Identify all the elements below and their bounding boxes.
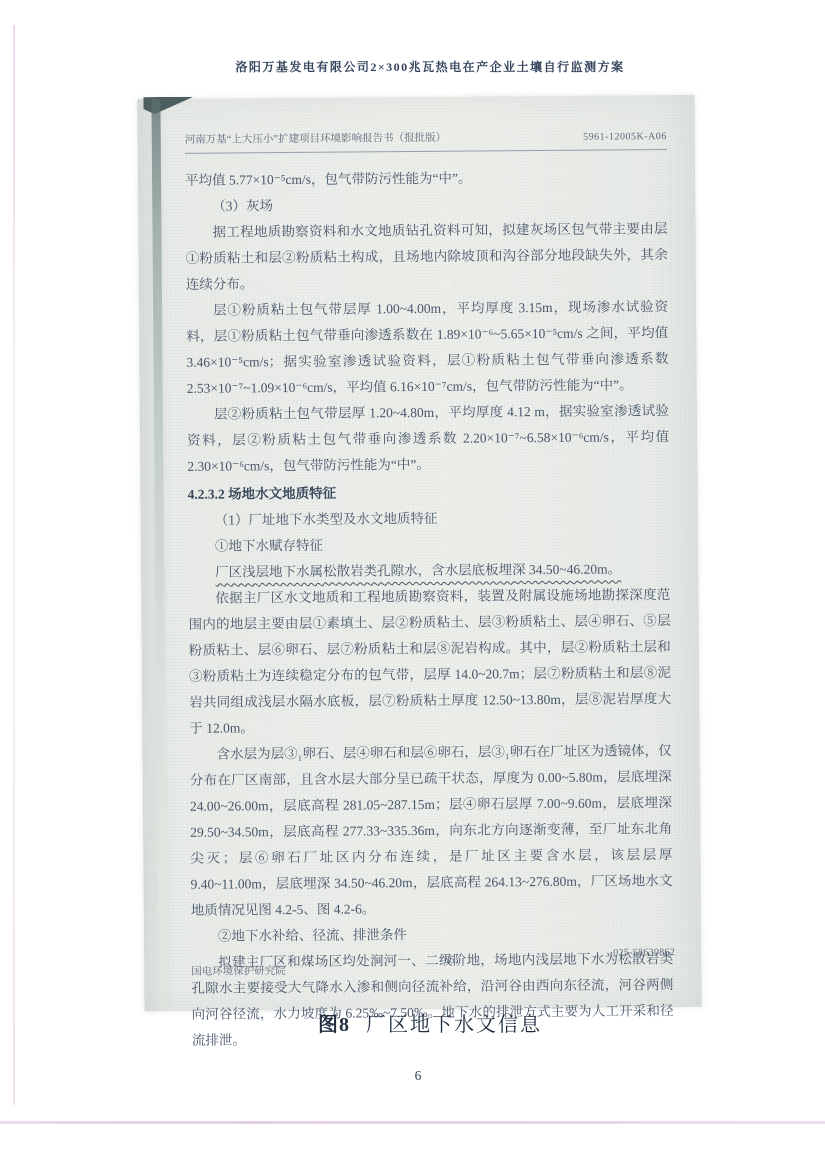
scan-footer-phone: 025-58630862 (613, 947, 675, 958)
paragraph: （1）厂址地下水类型及水文地质特征 (188, 504, 670, 534)
paragraph: 层②粉质粘土包气带层厚 1.20~4.80m，平均厚度 4.12 m，据实验室渗… (187, 398, 670, 480)
paragraph: 含水层为层③₁卵石、层④卵石和层⑥卵石，层③₁卵石在厂址区为透镜体，仅分布在厂区… (189, 738, 672, 924)
scan-footer-page-number: 65 (444, 955, 455, 966)
scanned-document-page: { "page": { "header_title": "洛阳万基发电有限公司2… (0, 0, 825, 1166)
scan-footer-institute: 国电环境保护研究院 (191, 963, 286, 979)
page-title: 洛阳万基发电有限公司2×300兆瓦热电在产企业土壤自行监测方案 (0, 58, 825, 75)
scan-page-content: 河南万基“上大压小”扩建项目环境影响报告书（报批版） 5961-12005K-A… (185, 129, 674, 993)
paragraph: （3）灰场 (185, 190, 667, 220)
scan-header-title: 河南万基“上大压小”扩建项目环境影响报告书（报批版） (185, 131, 446, 149)
paragraph: 据工程地质勘察资料和水文地质钻孔资料可知，拟建灰场区包气带主要由层①粉质粘土和层… (185, 216, 668, 298)
paragraph: ①地下水赋存特征 (188, 530, 670, 560)
scan-header-doc-number: 5961-12005K-A06 (583, 129, 667, 146)
scan-body-text: 平均值 5.77×10⁻⁵cm/s，包气带防污性能为“中”。 （3）灰场 据工程… (185, 164, 674, 1054)
figure-caption-text: 厂区地下水文信息 (366, 1014, 542, 1036)
figure-caption-number: 图8 (318, 1014, 350, 1036)
page-left-edge-artifact (13, 25, 15, 1105)
underlined-key-sentence: 厂区浅层地下水属松散岩类孔隙水，含水层底板埋深 34.50~46.20m。 (188, 556, 670, 586)
paragraph: 依据主厂区水文地质和工程地质勘察资料，装置及附属设施场地勘探深度范围内的地层主要… (188, 582, 671, 742)
hand-drawn-underline-text: 厂区浅层地下水属松散岩类孔隙水，含水层底板埋深 34.50~46.20m。 (215, 561, 621, 579)
paragraph: 层①粉质粘土包气带层厚 1.00~4.00m，平均厚度 3.15m，现场渗水试验… (186, 294, 669, 402)
figure-caption: 图8厂区地下水文信息 (0, 1008, 825, 1037)
scanned-report-image: 河南万基“上大压小”扩建项目环境影响报告书（报批版） 5961-12005K-A… (137, 95, 701, 1011)
paragraph: 平均值 5.77×10⁻⁵cm/s，包气带防污性能为“中”。 (185, 164, 667, 194)
scan-header: 河南万基“上大压小”扩建项目环境影响报告书（报批版） 5961-12005K-A… (185, 129, 667, 154)
page-number: 6 (0, 1068, 825, 1084)
bottom-pink-divider (0, 1121, 825, 1124)
paragraph: ②地下水补给、径流、排泄条件 (191, 920, 673, 950)
scan-binding-shadow (151, 99, 167, 1011)
section-heading: 4.2.3.2 场地水文地质特征 (187, 478, 669, 508)
